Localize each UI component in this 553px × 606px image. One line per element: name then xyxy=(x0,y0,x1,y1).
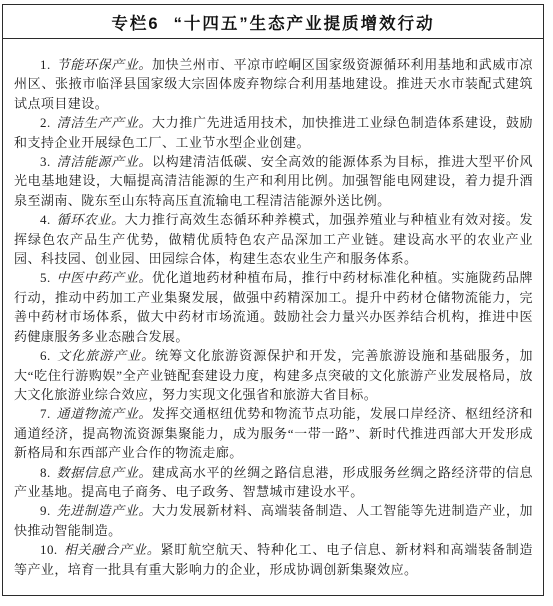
list-item: 2.清洁生产产业。大力推广先进适用技术，加快推进工业绿色制造体系建设，鼓励和支持… xyxy=(14,113,533,152)
list-item: 5.中医中药产业。优化道地药材种植布局，推行中药材标准化种植。实施陇药品牌行动，… xyxy=(14,268,533,346)
list-item: 6.文化旅游产业。统筹文化旅游资源保护和开发，完善旅游设施和基础服务，加大“吃住… xyxy=(14,346,533,404)
item-number: 5. xyxy=(40,270,51,285)
list-item: 8.数据信息产业。建成高水平的丝绸之路信息港，形成服务丝绸之路经济带的信息产业基… xyxy=(14,463,533,502)
panel-box: 专栏6 “十四五”生态产业提质增效行动 1.节能环保产业。加快兰州市、平凉市崆峒… xyxy=(2,4,544,596)
item-number: 7. xyxy=(40,406,51,421)
list-item: 3.清洁能源产业。以构建清洁低碳、安全高效的能源体系为目标，推进大型平价风光电基… xyxy=(14,152,533,210)
item-number: 1. xyxy=(40,57,51,72)
item-category: 中医中药产业 xyxy=(57,270,139,285)
item-category: 清洁能源产业 xyxy=(57,154,139,169)
item-separator: 。 xyxy=(138,270,152,285)
list-item: 9.先进制造产业。大力发展新材料、高端装备制造、人工智能等先进制造产业，加快推动… xyxy=(14,501,533,540)
item-number: 3. xyxy=(40,154,51,169)
list-item: 1.节能环保产业。加快兰州市、平凉市崆峒区国家级资源循环利用基地和武威市凉州区、… xyxy=(14,55,533,113)
item-separator: 。 xyxy=(138,406,152,421)
item-separator: 。 xyxy=(138,154,152,169)
document-page: 专栏6 “十四五”生态产业提质增效行动 1.节能环保产业。加快兰州市、平凉市崆峒… xyxy=(0,0,553,606)
item-separator: 。 xyxy=(138,115,152,130)
item-category: 通道物流产业 xyxy=(57,406,139,421)
item-separator: 。 xyxy=(111,212,125,227)
item-category: 节能环保产业 xyxy=(57,57,139,72)
item-number: 8. xyxy=(40,465,51,480)
item-number: 2. xyxy=(40,115,51,130)
item-number: 6. xyxy=(40,348,51,363)
panel-body: 1.节能环保产业。加快兰州市、平凉市崆峒区国家级资源循环利用基地和武威市凉州区、… xyxy=(3,39,543,579)
item-category: 相关融合产业 xyxy=(63,542,146,557)
item-category: 先进制造产业 xyxy=(57,503,139,518)
item-category: 数据信息产业 xyxy=(57,465,139,480)
list-item: 10.相关融合产业。紧盯航空航天、特种化工、电子信息、新材料和高端装备制造等产业… xyxy=(14,540,533,579)
panel-title-text: “十四五”生态产业提质增效行动 xyxy=(174,10,435,34)
item-number: 9. xyxy=(40,503,51,518)
item-separator: 。 xyxy=(141,348,155,363)
item-category: 清洁生产产业 xyxy=(57,115,139,130)
panel-title: 专栏6 “十四五”生态产业提质增效行动 xyxy=(3,5,543,39)
item-category: 文化旅游产业 xyxy=(57,348,142,363)
list-item: 4.循环农业。大力推行高效生态循环种养模式，加强养殖业与种植业有效对接。发挥绿色… xyxy=(14,210,533,268)
item-separator: 。 xyxy=(138,503,152,518)
panel-title-label: 专栏6 xyxy=(111,10,159,34)
item-separator: 。 xyxy=(138,465,152,480)
item-number: 10. xyxy=(40,542,58,557)
item-category: 循环农业 xyxy=(57,212,112,227)
list-item: 7.通道物流产业。发挥交通枢纽优势和物流节点功能，发展口岸经济、枢纽经济和通道经… xyxy=(14,404,533,462)
item-separator: 。 xyxy=(147,542,161,557)
item-number: 4. xyxy=(40,212,51,227)
item-separator: 。 xyxy=(138,57,152,72)
